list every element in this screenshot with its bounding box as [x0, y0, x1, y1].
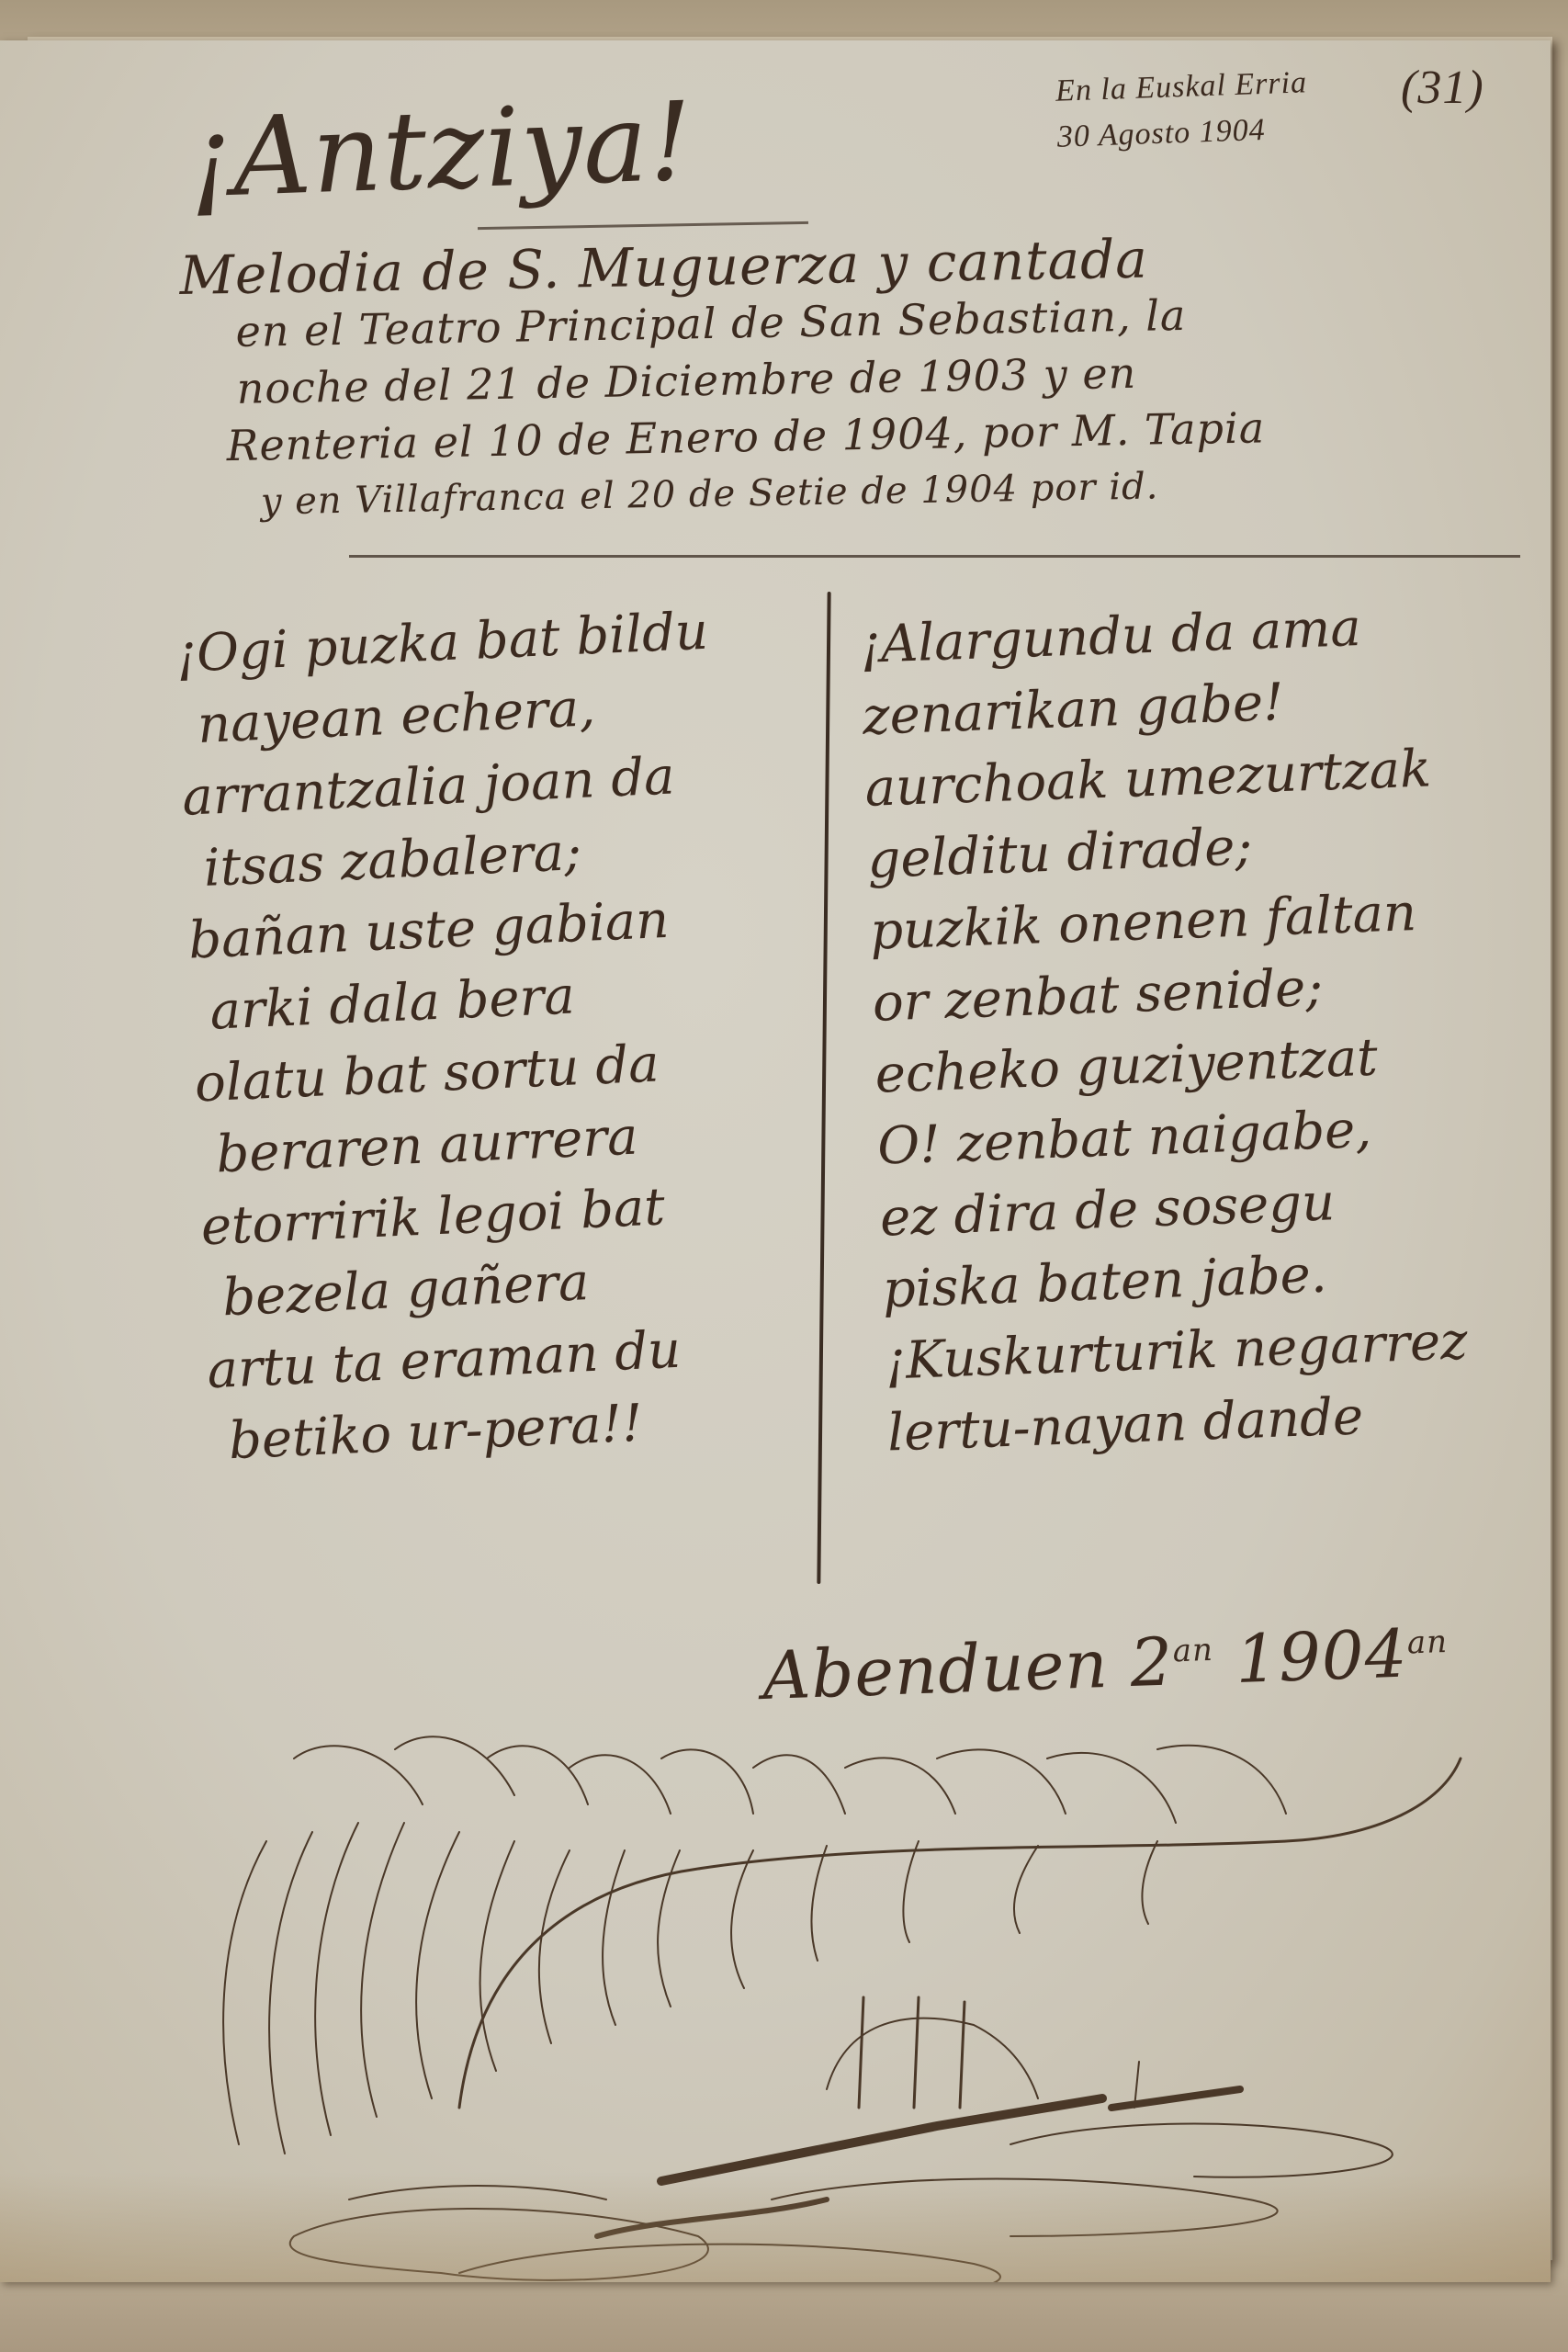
verse-column-right: ¡Alargundu da ama zenarikan gabe! aurcho… — [859, 590, 1472, 1470]
signature-year-suffix: an — [1406, 1623, 1449, 1662]
ship-wave-sketch-icon — [184, 1722, 1525, 2282]
publication-note: En la Euskal Erria 30 Agosto 1904 — [1055, 60, 1309, 160]
verse-column-left: ¡Ogi puzka bat bildu nayean echera, arra… — [175, 596, 744, 1478]
title-underline — [478, 221, 808, 230]
publication-note-line-2: 30 Agosto 1904 — [1056, 106, 1310, 161]
column-divider — [817, 592, 830, 1584]
manuscript-page: ¡Antziya! En la Euskal Erria 30 Agosto 1… — [0, 40, 1551, 2282]
publication-note-line-1: En la Euskal Erria — [1055, 60, 1308, 115]
heading-note: Melodia de S. Muguerza y cantada en el T… — [179, 228, 1267, 532]
date-signature: Abenduen 2an 1904an — [761, 1613, 1450, 1714]
photo-scene: ¡Antziya! En la Euskal Erria 30 Agosto 1… — [0, 0, 1568, 2352]
page-number: (31) — [1401, 61, 1484, 115]
signature-year: 1904 — [1235, 1615, 1409, 1698]
signature-text: Abenduen 2 — [761, 1623, 1175, 1714]
signature-ordinal: an — [1172, 1632, 1214, 1670]
page-title: ¡Antziya! — [186, 77, 695, 221]
heading-divider — [349, 555, 1520, 558]
